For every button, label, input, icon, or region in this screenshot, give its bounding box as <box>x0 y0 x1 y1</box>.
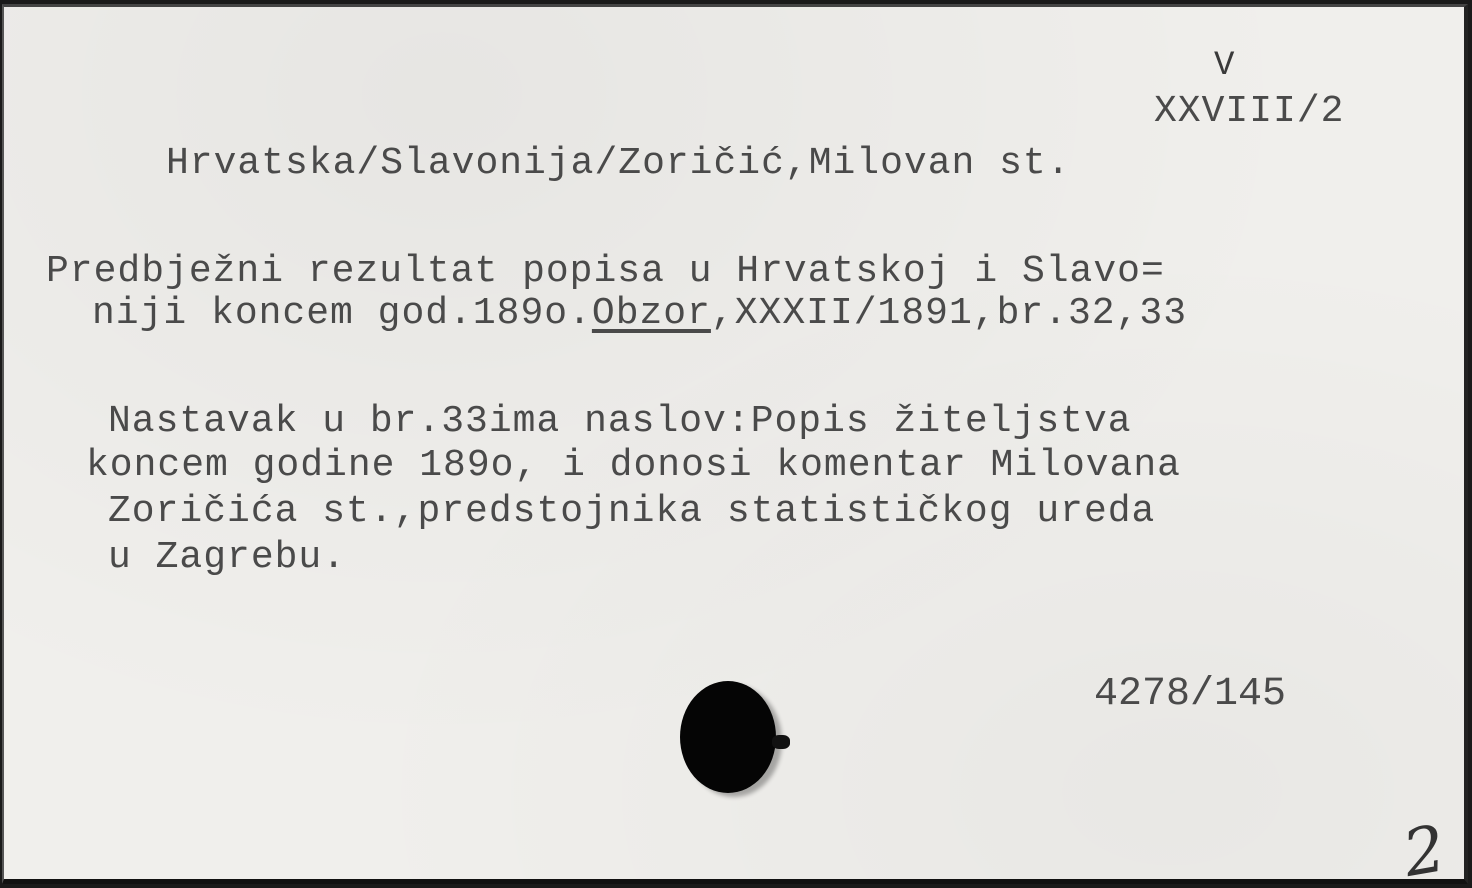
journal-title: Obzor <box>592 292 711 335</box>
handwritten-mark: 2 <box>1398 812 1451 884</box>
subject-heading: Hrvatska/Slavonija/Zoričić,Milovan st. <box>166 145 1071 183</box>
note-line-1: Nastavak u br.33ima naslov:Popis žiteljs… <box>108 403 1132 441</box>
call-number: 4278/145 <box>1094 675 1286 715</box>
entry-line-1: Predbježni rezultat popisa u Hrvatskoj i… <box>46 253 1165 291</box>
entry-line-2-post: ,XXXII/1891,br.32,33 <box>711 292 1187 335</box>
catalog-card: V XXVIII/2 Hrvatska/Slavonija/Zoričić,Mi… <box>2 4 1468 884</box>
entry-line-2-pre: niji koncem god.189o. <box>92 292 592 335</box>
mark-v: V <box>1214 49 1235 83</box>
note-line-4: u Zagrebu. <box>108 539 346 577</box>
note-line-2: koncem godine 189o, i donosi komentar Mi… <box>86 447 1181 485</box>
shelf-mark: XXVIII/2 <box>1154 93 1344 131</box>
note-line-3: Zoričića st.,predstojnika statističkog u… <box>108 493 1155 531</box>
entry-line-2: niji koncem god.189o.Obzor,XXXII/1891,br… <box>92 295 1187 333</box>
punch-hole <box>680 681 776 793</box>
